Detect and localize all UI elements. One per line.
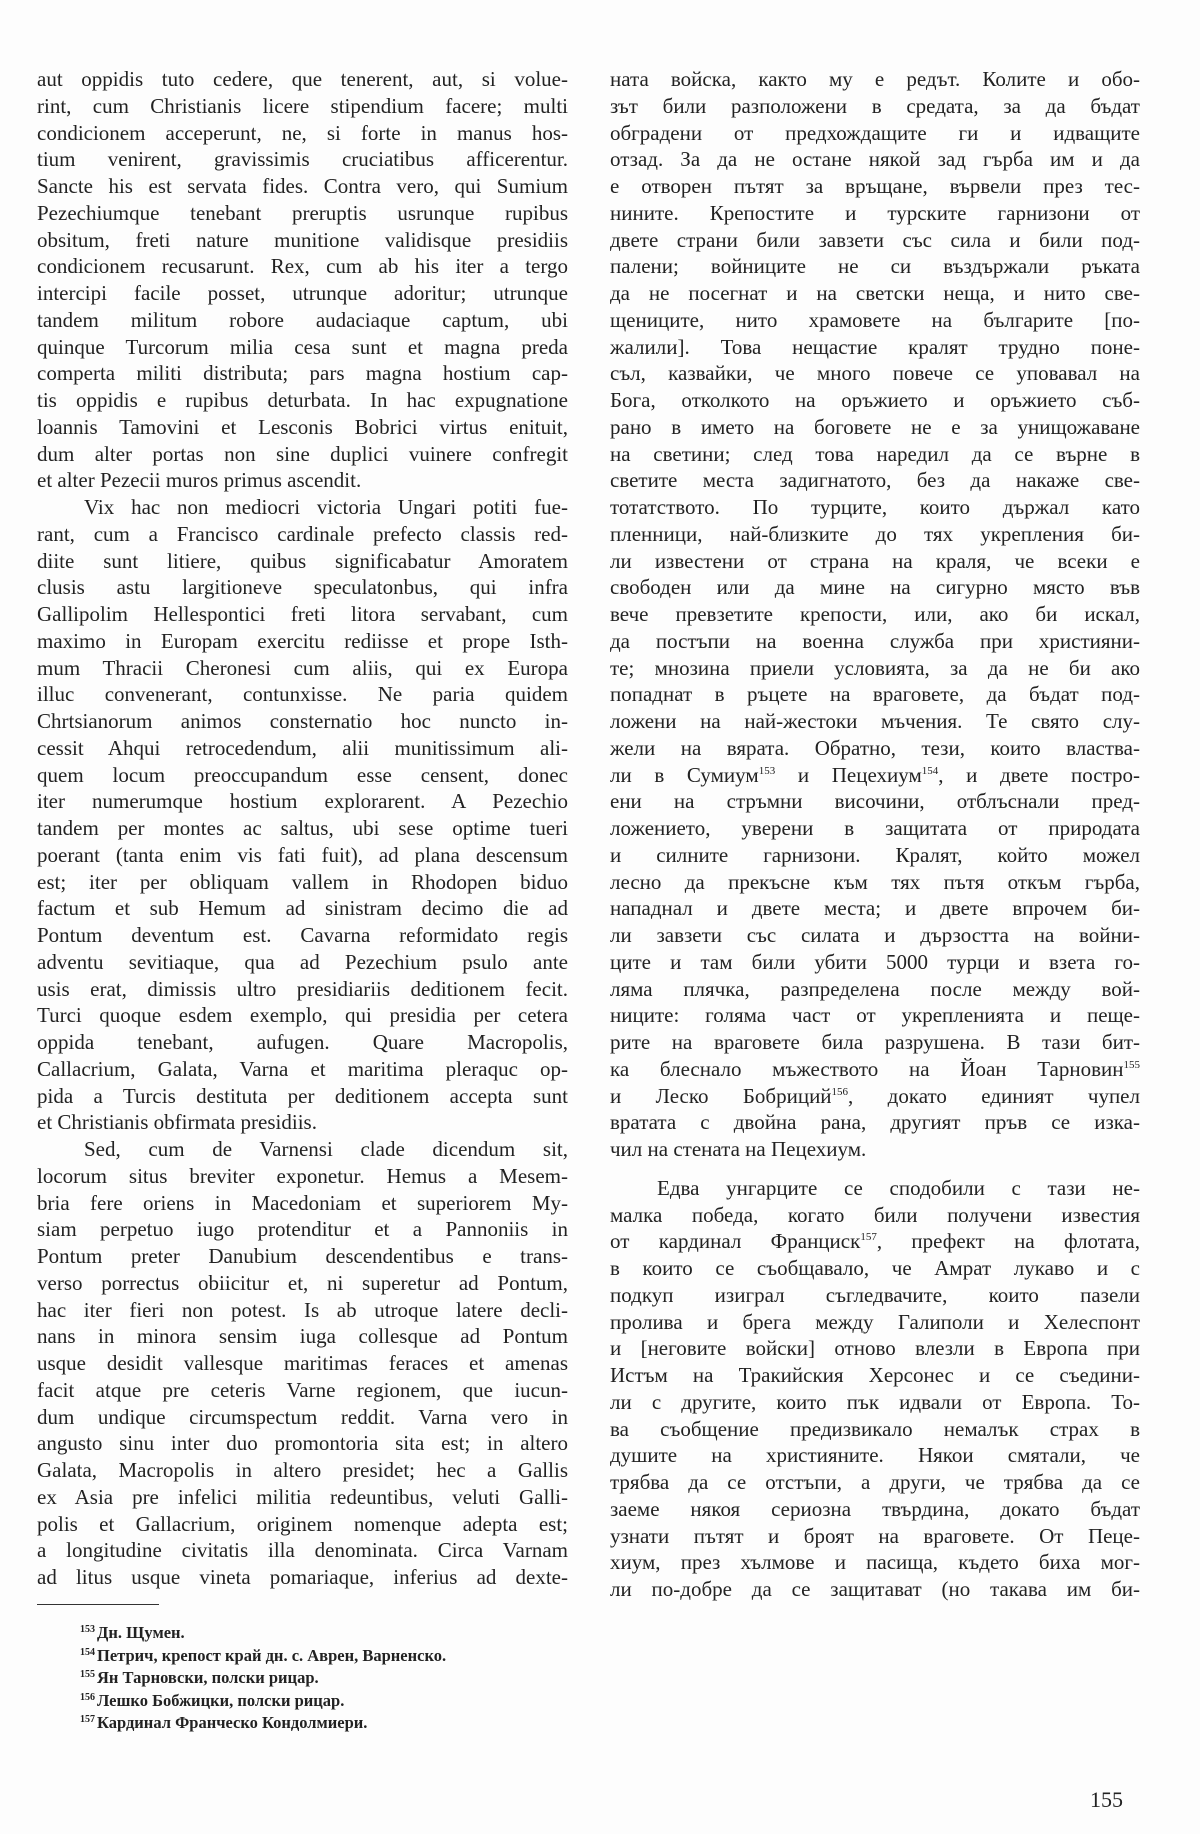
text-line: pida a Turcis destituta per deditionem a… <box>37 1083 568 1110</box>
footnote-reference-156[interactable]: 156 <box>832 1086 849 1098</box>
text-line: вратата с двойна рана, другият пръв се и… <box>610 1109 1140 1136</box>
text-line: ложени на най-жестоки мъчения. Те свято … <box>610 708 1140 735</box>
text-line: et Christianis obfirmata presidiis. <box>37 1109 568 1136</box>
footnote-reference-155[interactable]: 155 <box>1124 1059 1141 1071</box>
text-line: ли завзети със силата и дързостта на вой… <box>610 922 1140 949</box>
text-line: от кардинал Франциск157, префект на флот… <box>610 1228 1140 1255</box>
text-line: hac iter fieri non potest. Is ab utroque… <box>37 1297 568 1324</box>
text-line: Sancte his est servata fides. Contra ver… <box>37 173 568 200</box>
text-line: quinque Turcorum milia cesa sunt et magn… <box>37 334 568 361</box>
text-line: на светини; след това наредил да се върн… <box>610 441 1140 468</box>
text-line: пролива и брега между Галиполи и Хелеспо… <box>610 1309 1140 1336</box>
footnote-153: 153Дн. Щумен. <box>80 1620 446 1643</box>
text-line: loannis Tamovini et Lesconis Bobrici vir… <box>37 414 568 441</box>
footnote-reference-157[interactable]: 157 <box>860 1231 877 1243</box>
text-line: Callacrium, Galata, Varna et maritima pl… <box>37 1056 568 1083</box>
text-line: чил на стената на Пецехиум. <box>610 1136 1140 1163</box>
text-line: ени на стръмни височини, отблъснали пред… <box>610 788 1140 815</box>
text-line: зът били разположени в средата, за да бъ… <box>610 93 1140 120</box>
text-line: usque desidit vallesque maritimas ferace… <box>37 1350 568 1377</box>
footnote-157: 157Кардинал Франческо Кондолмиери. <box>80 1710 446 1733</box>
text-line: bria fere oriens in Macedoniam et superi… <box>37 1190 568 1217</box>
text-line: пленници, най-близките до тях укрепления… <box>610 521 1140 548</box>
text-line: usis erat, dimissis ultro presidiariis d… <box>37 976 568 1003</box>
text-line: нините. Крепостите и турските гарнизони … <box>610 200 1140 227</box>
text-line: узнати пътят и броят на враговете. От Пе… <box>610 1523 1140 1550</box>
text-line: ложението, уверени в защитата от природа… <box>610 815 1140 842</box>
bleed-through-text <box>615 1620 619 1636</box>
text-line: Sed, cum de Varnensi clade dicendum sit, <box>37 1136 568 1163</box>
text-line: locorum situs breviter exponetur. Hemus … <box>37 1163 568 1190</box>
text-line: свободен или да мине на сигурно място въ… <box>610 574 1140 601</box>
text-line: Pontum deventum est. Cavarna reformidato… <box>37 922 568 949</box>
footnote-number: 157 <box>80 1714 95 1725</box>
text-line: палени; войниците не си въздържали ръкат… <box>610 253 1140 280</box>
text-line: двете страни били завзети със сила и бил… <box>610 227 1140 254</box>
text-line: obsitum, freti nature munitione validisq… <box>37 227 568 254</box>
text-line: ad litus usque vineta pomariaque, inferi… <box>37 1564 568 1591</box>
text-line: ли с другите, които пък идвали от Европа… <box>610 1389 1140 1416</box>
text-line: рите на враговете била разрушена. В тази… <box>610 1029 1140 1056</box>
page-number: 155 <box>1090 1787 1123 1813</box>
text-line: polis et Gallacrium, originem nomenque a… <box>37 1511 568 1538</box>
text-line: Pontum preter Danubium descendentibus e … <box>37 1243 568 1270</box>
text-line: трябва да се отстъпи, а други, че трябва… <box>610 1469 1140 1496</box>
text-line: Бога, отколкото на оръжието и оръжието с… <box>610 387 1140 414</box>
text-line: ниците: голяма част от укрепленията и пе… <box>610 1002 1140 1029</box>
text-line: тотатството. По турците, които държал ка… <box>610 494 1140 521</box>
text-line: да постъпи на военна служба при християн… <box>610 628 1140 655</box>
text-line: rant, cum a Francisco cardinale prefecto… <box>37 521 568 548</box>
text-line: illuc convenerant, contunxisse. Ne paria… <box>37 681 568 708</box>
text-line: да не посегнат и на светски неща, и нито… <box>610 280 1140 307</box>
footnote-reference-153[interactable]: 153 <box>759 765 776 777</box>
text-line: и [неговите войски] отново влезли в Евро… <box>610 1335 1140 1362</box>
text-line: quem locum preoccupandum esse censent, d… <box>37 762 568 789</box>
text-line: жели на вярата. Обратно, тези, които вла… <box>610 735 1140 762</box>
text-line: diite sunt litiere, quibus significabatu… <box>37 548 568 575</box>
text-line: ляма плячка, разпределена после между во… <box>610 976 1140 1003</box>
text-line: лесно да прекъсне към тях пътя откъм гър… <box>610 869 1140 896</box>
text-line: и силните гарнизони. Кралят, който можел <box>610 842 1140 869</box>
footnote-text: Петрич, крепост край дн. с. Аврен, Варне… <box>97 1646 446 1665</box>
text-line: facit atque pre ceteris Varne regionem, … <box>37 1377 568 1404</box>
text-line: ците и там били убити 5000 турци и взета… <box>610 949 1140 976</box>
text-line: ли по-добре да се защитават (но такава и… <box>610 1576 1140 1603</box>
text-line: rint, cum Christianis licere stipendium … <box>37 93 568 120</box>
text-line: щениците, нито храмовете на българите [п… <box>610 307 1140 334</box>
text-line: condicionem acceperunt, ne, si forte in … <box>37 120 568 147</box>
text-line: съл, казвайки, че много повече се уповав… <box>610 360 1140 387</box>
footnote-156: 156Лешко Бобжицки, полски рицар. <box>80 1688 446 1711</box>
text-line: рано в името на боговете не е за унищожа… <box>610 414 1140 441</box>
text-line: factum et sub Hemum ad sinistram decimo … <box>37 895 568 922</box>
text-line: отзад. За да не остане някой зад гърба и… <box>610 146 1140 173</box>
text-line: siam perpetuo iugo protenditur et a Pann… <box>37 1216 568 1243</box>
text-line: заеме някоя сериозна твърдина, докато бъ… <box>610 1496 1140 1523</box>
right-column-bulgarian-text: ната войска, както му е редът. Колите и … <box>610 66 1140 1603</box>
text-line: clusis astu largitioneve speculatonbus, … <box>37 574 568 601</box>
text-line: adventu sevitiaque, qua ad Pezechium psu… <box>37 949 568 976</box>
text-line: е отворен пътят за връщане, вървели през… <box>610 173 1140 200</box>
text-line: хиум, през хълмове и пасища, където биха… <box>610 1549 1140 1576</box>
text-line: tis oppidis e rupibus deturbata. In hac … <box>37 387 568 414</box>
paragraph-gap <box>610 1163 1140 1175</box>
footnote-text: Ян Тарновски, полски рицар. <box>97 1668 319 1687</box>
text-line: Pezechiumque tenebant preruptis usrunque… <box>37 200 568 227</box>
text-line: светите места задигнатото, без да накаже… <box>610 467 1140 494</box>
footnote-number: 156 <box>80 1692 95 1703</box>
text-line: Chrtsianorum animos consternatio hoc nun… <box>37 708 568 735</box>
text-line: и Леско Бобриций156, докато единият чупе… <box>610 1083 1140 1110</box>
footnote-text: Кардинал Франческо Кондолмиери. <box>97 1713 367 1732</box>
text-line: ва съобщение предизвикало немалък страх … <box>610 1416 1140 1443</box>
text-line: Vix hac non mediocri victoria Ungari pot… <box>37 494 568 521</box>
text-line: душите на християните. Някои смятали, че <box>610 1442 1140 1469</box>
text-line: aut oppidis tuto cedere, que tenerent, a… <box>37 66 568 93</box>
text-line: нападнал и двете места; и двете впрочем … <box>610 895 1140 922</box>
footnote-text: Лешко Бобжицки, полски рицар. <box>97 1691 344 1710</box>
text-line: poerant (tanta enim vis fati fuit), ad p… <box>37 842 568 869</box>
text-line: ex Asia pre infelici militia redeuntibus… <box>37 1484 568 1511</box>
text-line: oppida tenebant, aufugen. Quare Macropol… <box>37 1029 568 1056</box>
text-line: nans in minora sensim iuga collesque ad … <box>37 1323 568 1350</box>
text-line: verso porrectus obiicitur et, ni superet… <box>37 1270 568 1297</box>
text-line: comperta militi distributa; pars magna h… <box>37 360 568 387</box>
text-line: подкуп изиграл съгледвачите, които пазел… <box>610 1282 1140 1309</box>
text-line: те; мнозина приели условията, за да не б… <box>610 655 1140 682</box>
text-line: dum undique circumspectum reddit. Varna … <box>37 1404 568 1431</box>
text-line: ли в Сумиум153 и Пецехиум154, и двете по… <box>610 762 1140 789</box>
text-line: cessit Ahqui retrocedendum, alii munitis… <box>37 735 568 762</box>
text-line: Turci quoque esdem exemplo, qui presidia… <box>37 1002 568 1029</box>
footnote-separator-rule <box>37 1604 159 1605</box>
text-line: mum Thracii Cheronesi cum aliis, qui ex … <box>37 655 568 682</box>
text-line: ка блеснало мъжеството на Йоан Тарновин1… <box>610 1056 1140 1083</box>
text-line: ли известени от страна на краля, че всек… <box>610 548 1140 575</box>
text-line: iter numerumque hostium explorarent. A P… <box>37 788 568 815</box>
footnote-number: 154 <box>80 1647 95 1658</box>
text-line: est; iter per obliquam vallem in Rhodope… <box>37 869 568 896</box>
left-column-latin-text: aut oppidis tuto cedere, que tenerent, a… <box>37 66 568 1591</box>
text-line: вече превзетите крепости, или, ако би ис… <box>610 601 1140 628</box>
text-line: intercipi facile posset, utrunque adorit… <box>37 280 568 307</box>
text-line: жалили]. Това нещастие кралят трудно пон… <box>610 334 1140 361</box>
footnote-number: 155 <box>80 1669 95 1680</box>
text-line: condicionem recusarunt. Rex, cum ab his … <box>37 253 568 280</box>
text-line: maximo in Europam exercitu rediisse et p… <box>37 628 568 655</box>
text-line: обградени от предхождащите ги и идващите <box>610 120 1140 147</box>
text-line: dum alter portas non sine duplici vuiner… <box>37 441 568 468</box>
text-line: Gallipolim Hellespontici freti litora se… <box>37 601 568 628</box>
text-line: a longitudine civitatis illa denominata.… <box>37 1537 568 1564</box>
text-line: et alter Pezecii muros primus ascendit. <box>37 467 568 494</box>
text-line: tium venirent, gravissimis cruciatibus a… <box>37 146 568 173</box>
text-line: Истъм на Тракийския Херсонес и се съедин… <box>610 1362 1140 1389</box>
text-line: Galata, Macropolis in altero presidet; h… <box>37 1457 568 1484</box>
text-line: в които се съобщавало, че Амрат лукаво и… <box>610 1255 1140 1282</box>
footnote-155: 155Ян Тарновски, полски рицар. <box>80 1665 446 1688</box>
text-line: tandem militum robore audaciaque captum,… <box>37 307 568 334</box>
text-line: малка победа, когато били получени извес… <box>610 1202 1140 1229</box>
footnote-154: 154Петрич, крепост край дн. с. Аврен, Ва… <box>80 1643 446 1666</box>
text-line: tandem per montes ac saltus, ubi sese op… <box>37 815 568 842</box>
footnote-text: Дн. Щумен. <box>97 1623 185 1642</box>
text-line: ната войска, както му е редът. Колите и … <box>610 66 1140 93</box>
footnotes: 153Дн. Щумен.154Петрич, крепост край дн.… <box>80 1620 446 1733</box>
text-line: Едва унгарците се сподобили с тази не- <box>610 1175 1140 1202</box>
text-line: попаднат в ръцете на враговете, да бъдат… <box>610 681 1140 708</box>
footnote-number: 153 <box>80 1624 95 1635</box>
text-line: angusto sinu inter duo promontoria sita … <box>37 1430 568 1457</box>
footnote-reference-154[interactable]: 154 <box>922 765 939 777</box>
